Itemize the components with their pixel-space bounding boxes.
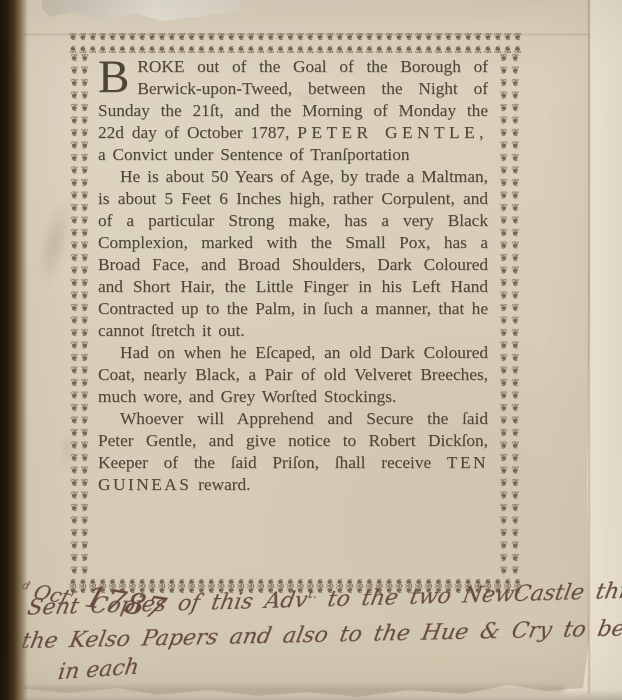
fleuron-icon: ❦❦❦❦❦❦❦❦❦❦❦❦❦❦❦❦❦❦❦❦❦❦❦❦❦❦❦❦❦❦❦❦❦❦❦❦❦❦❦❦…	[69, 43, 521, 53]
paragraph-clothing: Had on when he Eſcaped, an old Dark Colo…	[98, 342, 488, 408]
bottom-shadow	[0, 690, 622, 700]
fleuron-icon: ❦❦❦❦❦❦❦❦❦❦❦❦❦❦❦❦❦❦❦❦❦❦❦❦❦❦❦❦❦❦❦❦❦❦❦❦❦❦❦❦…	[499, 53, 509, 575]
reward-text: Whoever will Apprehend and Secure the ſa…	[98, 409, 488, 472]
fleuron-icon: ❦❦❦❦❦❦❦❦❦❦❦❦❦❦❦❦❦❦❦❦❦❦❦❦❦❦❦❦❦❦❦❦❦❦❦❦❦❦❦❦…	[69, 33, 521, 43]
drop-cap: B	[98, 56, 137, 96]
paragraph-description: He is about 50 Years of Age, by trade a …	[98, 166, 488, 342]
opening-text-tail: a Convict under Sentence of Tranſportati…	[98, 145, 410, 164]
paragraph-opening: BROKE out of the Goal of the Borough of …	[98, 56, 488, 166]
fleuron-icon: ❦❦❦❦❦❦❦❦❦❦❦❦❦❦❦❦❦❦❦❦❦❦❦❦❦❦❦❦❦❦❦❦❦❦❦❦❦❦❦❦…	[69, 53, 79, 575]
ornament-border-top: ❦❦❦❦❦❦❦❦❦❦❦❦❦❦❦❦❦❦❦❦❦❦❦❦❦❦❦❦❦❦❦❦❦❦❦❦❦❦❦❦…	[69, 33, 521, 54]
paragraph-reward: Whoever will Apprehend and Secure the ſa…	[98, 408, 488, 496]
book-gutter-shadow	[0, 0, 28, 700]
ornament-border-left: ❦❦❦❦❦❦❦❦❦❦❦❦❦❦❦❦❦❦❦❦❦❦❦❦❦❦❦❦❦❦❦❦❦❦❦❦❦❦❦❦…	[69, 53, 91, 575]
notice-body: BROKE out of the Goal of the Borough of …	[98, 56, 488, 572]
convict-name: PETER GENTLE,	[297, 123, 488, 142]
fleuron-icon: ❦❦❦❦❦❦❦❦❦❦❦❦❦❦❦❦❦❦❦❦❦❦❦❦❦❦❦❦❦❦❦❦❦❦❦❦❦❦❦❦…	[510, 53, 520, 575]
scanned-broadside-page: ❦❦❦❦❦❦❦❦❦❦❦❦❦❦❦❦❦❦❦❦❦❦❦❦❦❦❦❦❦❦❦❦❦❦❦❦❦❦❦❦…	[0, 0, 622, 700]
ornament-border-right: ❦❦❦❦❦❦❦❦❦❦❦❦❦❦❦❦❦❦❦❦❦❦❦❦❦❦❦❦❦❦❦❦❦❦❦❦❦❦❦❦…	[499, 53, 521, 575]
fleuron-icon: ❦❦❦❦❦❦❦❦❦❦❦❦❦❦❦❦❦❦❦❦❦❦❦❦❦❦❦❦❦❦❦❦❦❦❦❦❦❦❦❦…	[80, 53, 90, 575]
reward-text-tail: reward.	[191, 475, 250, 494]
